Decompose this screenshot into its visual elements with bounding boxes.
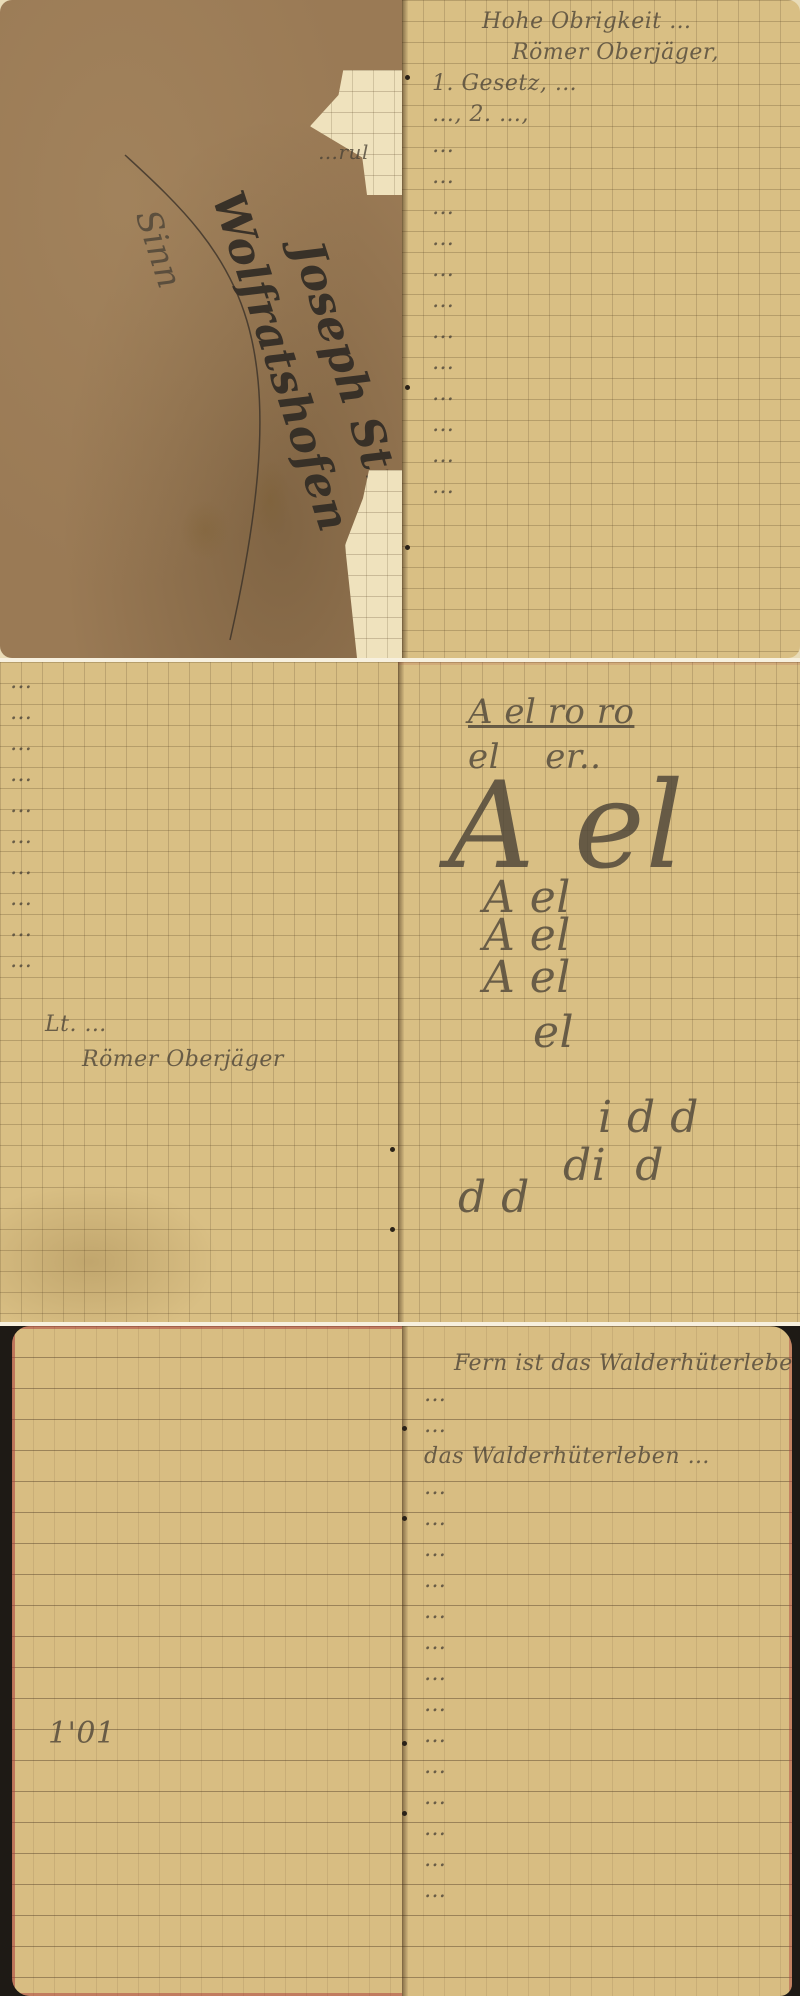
page-blank: 1'01 (12, 1326, 402, 1996)
binding-stitch (402, 1741, 407, 1746)
text-line: … (432, 316, 719, 347)
text-line: … (424, 1875, 792, 1906)
text-line: … (432, 192, 719, 223)
page-edge-red (12, 1326, 402, 1329)
handwritten-lines: … … … … … … … … … … (10, 666, 33, 976)
page-binding (398, 662, 404, 1322)
page-binding (402, 0, 408, 658)
text-line: … (10, 883, 33, 914)
text-line: … (424, 1658, 792, 1689)
page-stain (0, 1182, 220, 1322)
torn-fragment-text: …rul (318, 140, 369, 164)
spread-2: … … … … … … … … … … Lt. … Römer Oberjäge… (0, 662, 800, 1322)
page-text-1: Hohe Obrigkeit … Römer Oberjäger, 1. Ges… (402, 0, 800, 658)
text-line: … (432, 223, 719, 254)
text-line: … (424, 1813, 792, 1844)
text-line: … (10, 728, 33, 759)
binding-stitch (402, 1516, 407, 1521)
text-line: Römer Oberjäger, (432, 37, 719, 68)
text-line: … (432, 130, 719, 161)
handwritten-lines: Hohe Obrigkeit … Römer Oberjäger, 1. Ges… (432, 6, 719, 502)
page-edge-red (398, 662, 800, 665)
page-letter-practice: A el ro ro el er.. A el A el A el A el e… (398, 662, 800, 1322)
text-line: … (424, 1720, 792, 1751)
text-line: … (424, 1503, 792, 1534)
text-line: … (432, 254, 719, 285)
text-line: … (424, 1751, 792, 1782)
practice-mark: A el (483, 952, 571, 1003)
page-text-3: Fern ist das Walderhüterleben, … … das W… (402, 1326, 792, 1996)
spread-3: 1'01 Fern ist das Walderhüterleben, … … … (0, 1326, 800, 1996)
text-line: … (432, 285, 719, 316)
text-line: … (10, 759, 33, 790)
marginal-mark: 1'01 (48, 1716, 116, 1751)
text-line: … (424, 1782, 792, 1813)
practice-mark: el (533, 1007, 574, 1058)
binding-stitch (402, 1426, 407, 1431)
text-line: … (432, 440, 719, 471)
text-line: 1. Gesetz, … (432, 68, 719, 99)
text-line: … (10, 914, 33, 945)
signature-line-2: Römer Oberjäger (82, 1047, 284, 1072)
text-line: … (432, 409, 719, 440)
binding-stitch (405, 75, 410, 80)
practice-mark: A el ro ro (468, 692, 634, 732)
text-line: … (424, 1379, 792, 1410)
text-line: … (424, 1534, 792, 1565)
text-line: Hohe Obrigkeit … (432, 6, 719, 37)
page-text-2: … … … … … … … … … … Lt. … Römer Oberjäge… (0, 662, 398, 1322)
text-line: … (432, 471, 719, 502)
practice-mark: i d d (598, 1092, 699, 1143)
text-line: das Walderhüterleben … (424, 1441, 792, 1472)
text-line: … (424, 1844, 792, 1875)
text-line: … (424, 1565, 792, 1596)
binding-stitch (405, 545, 410, 550)
text-line: … (432, 347, 719, 378)
text-line: … (432, 161, 719, 192)
text-line: … (10, 697, 33, 728)
text-line: Fern ist das Walderhüterleben, (424, 1348, 792, 1379)
practice-mark: d d (458, 1172, 530, 1223)
binding-stitch (402, 1811, 407, 1816)
text-line: …, 2. …, (432, 99, 719, 130)
text-line: … (10, 821, 33, 852)
text-line: … (10, 790, 33, 821)
signature-line-1: Lt. … (45, 1012, 107, 1037)
text-line: … (432, 378, 719, 409)
spread-1: Joseph Strauß Wolfratshofen Sinn …rul Ho… (0, 0, 800, 658)
text-line: … (424, 1627, 792, 1658)
practice-mark: di d (563, 1140, 664, 1191)
page-edge-red (12, 1326, 15, 1996)
text-line: … (10, 666, 33, 697)
handwritten-lines: Fern ist das Walderhüterleben, … … das W… (424, 1348, 792, 1906)
binding-stitch (390, 1227, 395, 1232)
binding-stitch (390, 1147, 395, 1152)
text-line: … (424, 1689, 792, 1720)
text-line: … (10, 852, 33, 883)
text-line: … (424, 1410, 792, 1441)
text-line: … (424, 1596, 792, 1627)
binding-stitch (405, 385, 410, 390)
text-line: … (424, 1472, 792, 1503)
text-line: … (10, 945, 33, 976)
